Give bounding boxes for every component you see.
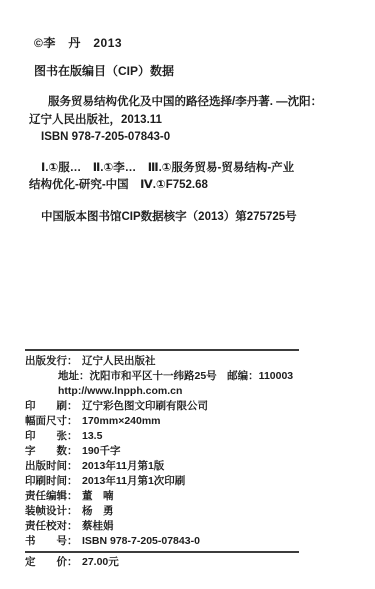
cip-heading: 图书在版编目（CIP）数据 [29, 62, 355, 79]
row-price: 定 价： 27.00元 [25, 555, 299, 570]
divider-bottom [25, 551, 299, 553]
row-wordcount: 字 数： 190千字 [25, 444, 299, 459]
divider-top [25, 349, 299, 351]
cip-record-line: 中国版本图书馆CIP数据核字（2013）第275725号 [29, 209, 355, 227]
cip-class-line-2: 结构优化-研究-中国 Ⅳ.①F752.68 [29, 177, 355, 195]
colophon-label: 书 号： [25, 534, 82, 549]
colophon-section: 出版发行： 辽宁人民出版社 地址： 沈阳市和平区十一纬路25号 邮编：11000… [25, 349, 299, 570]
price-section: 定 价： 27.00元 [25, 555, 299, 570]
colophon-label: 装帧设计： [25, 504, 82, 519]
colophon-value: 沈阳市和平区十一纬路25号 邮编：110003 [90, 369, 294, 384]
cip-classification: Ⅰ.①服… Ⅱ.①李… Ⅲ.①服务贸易-贸易结构-产业 结构优化-研究-中国 Ⅳ… [29, 160, 355, 195]
colophon-value: 杨 勇 [82, 504, 114, 519]
colophon-label: 幅面尺寸： [25, 414, 82, 429]
row-address: 地址： 沈阳市和平区十一纬路25号 邮编：110003 [25, 369, 299, 384]
colophon-label: 出版时间： [25, 459, 82, 474]
colophon-value: 170mm×240mm [82, 414, 161, 429]
colophon-label: 责任校对： [25, 519, 82, 534]
cip-isbn-line: ISBN 978-7-205-07843-0 [29, 129, 355, 147]
row-publisher: 出版发行： 辽宁人民出版社 [25, 354, 299, 369]
colophon-label: 责任编辑： [25, 489, 82, 504]
row-format: 幅面尺寸： 170mm×240mm [25, 414, 299, 429]
price-value: 27.00元 [82, 555, 119, 570]
row-printer: 印 刷： 辽宁彩色图文印刷有限公司 [25, 399, 299, 414]
colophon-value: ISBN 978-7-205-07843-0 [82, 534, 200, 549]
book-copyright-page: ©李 丹 2013 图书在版编目（CIP）数据 服务贸易结构优化及中国的路径选择… [0, 0, 375, 589]
cip-title-line: 服务贸易结构优化及中国的路径选择/李丹著. —沈阳： [29, 94, 355, 112]
cip-block: 服务贸易结构优化及中国的路径选择/李丹著. —沈阳： 辽宁人民出版社，2013.… [29, 94, 355, 226]
copyright-line: ©李 丹 2013 [29, 34, 355, 51]
colophon-label: 字 数： [25, 444, 82, 459]
colophon-value: 辽宁彩色图文印刷有限公司 [82, 399, 208, 414]
colophon-value: 2013年11月第1次印刷 [82, 474, 185, 489]
cip-publisher-line: 辽宁人民出版社，2013.11 [29, 112, 355, 130]
row-editor: 责任编辑： 董 喃 [25, 489, 299, 504]
colophon-value: 辽宁人民出版社 [82, 354, 156, 369]
row-sheets: 印 张： 13.5 [25, 429, 299, 444]
cip-section: ©李 丹 2013 图书在版编目（CIP）数据 服务贸易结构优化及中国的路径选择… [29, 34, 355, 226]
colophon-rows: 出版发行： 辽宁人民出版社 地址： 沈阳市和平区十一纬路25号 邮编：11000… [25, 354, 299, 549]
colophon-label: 印刷时间： [25, 474, 82, 489]
row-isbn: 书 号： ISBN 978-7-205-07843-0 [25, 534, 299, 549]
colophon-value: 190千字 [82, 444, 121, 459]
row-designer: 装帧设计： 杨 勇 [25, 504, 299, 519]
colophon-value: 13.5 [82, 429, 102, 444]
colophon-value: 董 喃 [82, 489, 114, 504]
publisher-url: http://www.lnpph.com.cn [58, 384, 182, 399]
colophon-label: 出版发行： [25, 354, 82, 369]
row-proofreader: 责任校对： 蔡桂娟 [25, 519, 299, 534]
colophon-label: 地址： [58, 369, 90, 384]
price-label: 定 价： [25, 555, 82, 570]
colophon-label: 印 刷： [25, 399, 82, 414]
colophon-value: 蔡桂娟 [82, 519, 114, 534]
cip-class-line-1: Ⅰ.①服… Ⅱ.①李… Ⅲ.①服务贸易-贸易结构-产业 [29, 160, 355, 178]
row-print-date: 印刷时间： 2013年11月第1次印刷 [25, 474, 299, 489]
row-url: http://www.lnpph.com.cn [25, 384, 299, 399]
colophon-value: 2013年11月第1版 [82, 459, 164, 474]
colophon-label: 印 张： [25, 429, 82, 444]
row-publication-date: 出版时间： 2013年11月第1版 [25, 459, 299, 474]
